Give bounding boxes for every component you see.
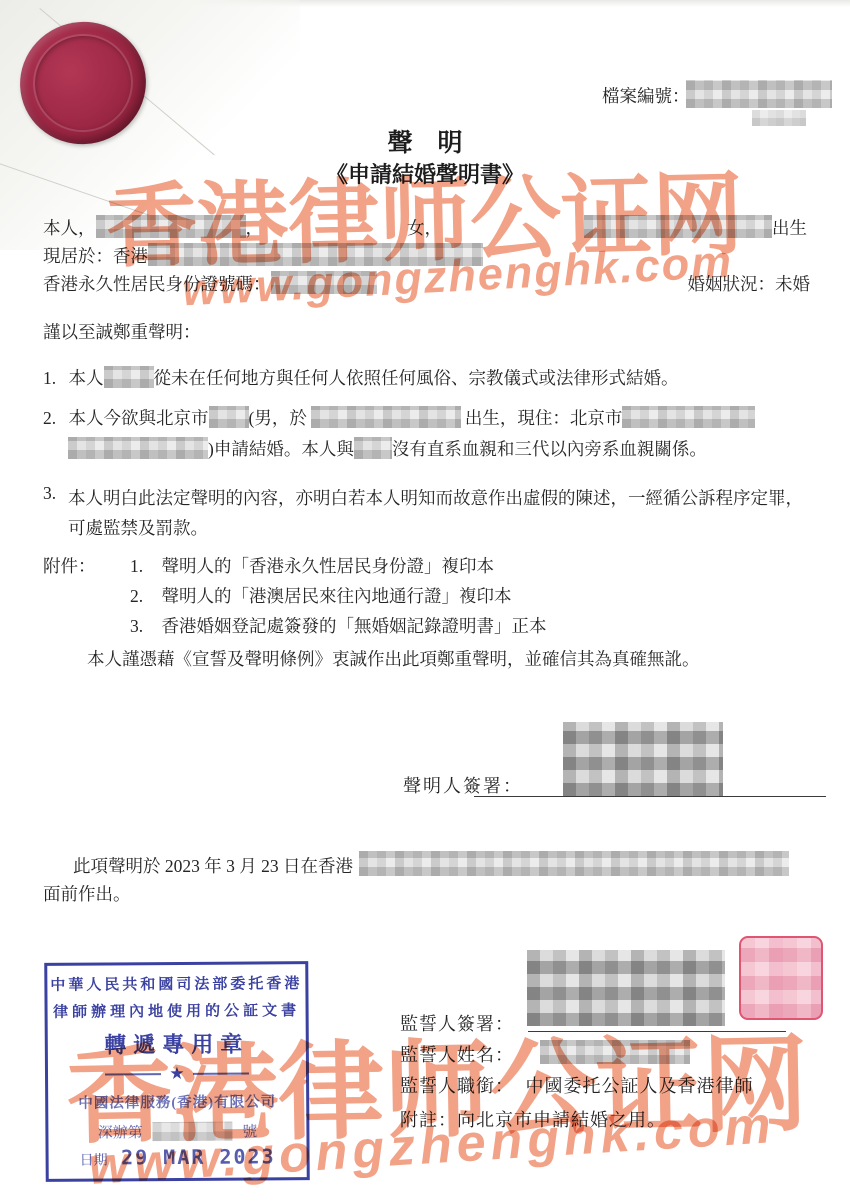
item1-text-post: 從未在任何地方與任何人依照任何風俗、宗教儀式或法律形式結婚。 (154, 368, 679, 388)
redacted-fiance-address-2 (68, 437, 208, 459)
made-before-line-2: 面前作出。 (43, 881, 131, 906)
redacted-declarant-signature (563, 722, 723, 796)
item2-number: 2. (43, 408, 56, 428)
declaration-intro: 謹以至誠鄭重聲明： (43, 319, 201, 344)
attachment-3-text: 香港婚姻登記處簽發的「無婚姻記錄證明書」正本 (162, 616, 547, 636)
redacted-fiance-address-1 (622, 406, 755, 428)
item2-text-a1: 本人今欲與北京市 (69, 408, 209, 428)
attachment-row-2: 2. 聲明人的「港澳居民來往內地通行證」複印本 (130, 583, 512, 608)
declaration-item-2-line-a: 2. 本人今欲與北京市(男，於出生，現住：北京市 (43, 405, 755, 430)
attachment-row-1: 1. 聲明人的「香港永久性居民身份證」複印本 (130, 553, 494, 578)
item2-text-a2: (男，於 (249, 408, 307, 428)
declaration-item-2-line-b: )申請結婚。本人與沒有直系血親和三代以內旁系血親關係。 (68, 436, 707, 461)
file-number-label: 檔案編號： (602, 83, 690, 108)
declaration-item-1: 1. 本人從未在任何地方與任何人依照任何風俗、宗教儀式或法律形式結婚。 (43, 365, 679, 390)
notarial-declaration-page: 檔案編號： 聲 明 《申請結婚聲明書》 本人，，女，出生 現居於：香港 香港永久… (0, 0, 850, 1201)
declaration-item-3: 3. 本人明白此法定聲明的內容，亦明白若本人明知而故意作出虛假的陳述，一經循公訴… (43, 483, 810, 543)
made-before-line-1: 此項聲明於 2023 年 3 月 23 日在香港 (73, 851, 789, 878)
item1-text-pre: 本人 (69, 368, 104, 388)
attachment-2-text: 聲明人的「港澳居民來往內地通行證」複印本 (162, 586, 512, 606)
stamp-line-1: 中華人民共和國司法部委托香港 (47, 972, 305, 995)
attachment-1-number: 1. (130, 556, 143, 576)
attachment-1-text: 聲明人的「香港永久性居民身份證」複印本 (162, 556, 495, 576)
redacted-fiance-birthdate (311, 406, 461, 428)
attachment-3-number: 3. (130, 616, 143, 636)
item2-text-a3: 出生，現住：北京市 (465, 408, 623, 428)
made-before-text: 此項聲明於 2023 年 3 月 23 日在香港 (73, 856, 353, 876)
item2-text-b1: )申請結婚。本人與 (208, 439, 354, 459)
item3-text: 本人明白此法定聲明的內容，亦明白若本人明知而故意作出虛假的陳述，一經循公訴程序定… (68, 483, 810, 543)
attachment-2-number: 2. (130, 586, 143, 606)
redacted-fiance-name (209, 406, 249, 428)
attachments-label: 附件： (43, 553, 96, 578)
attachment-row-3: 3. 香港婚姻登記處簽發的「無婚姻記錄證明書」正本 (130, 613, 547, 638)
redacted-file-number (686, 80, 832, 108)
line1-suffix: 出生 (772, 218, 807, 238)
redacted-name-item1 (104, 366, 154, 388)
oath-sentence: 本人謹憑藉《宣誓及聲明條例》衷誠作出此項鄭重聲明，並確信其為真確無訛。 (87, 646, 700, 671)
declarant-signature-line (474, 796, 826, 797)
redacted-fiance-name-2 (354, 437, 392, 459)
redacted-witness-name-inline (359, 851, 789, 876)
declarant-sign-label: 聲明人簽署： (403, 772, 523, 798)
item1-number: 1. (43, 368, 56, 388)
item3-number: 3. (43, 483, 56, 504)
item2-text-b2: 沒有直系血親和三代以內旁系血親關係。 (392, 439, 707, 459)
line1-prefix: 本人， (43, 218, 96, 238)
